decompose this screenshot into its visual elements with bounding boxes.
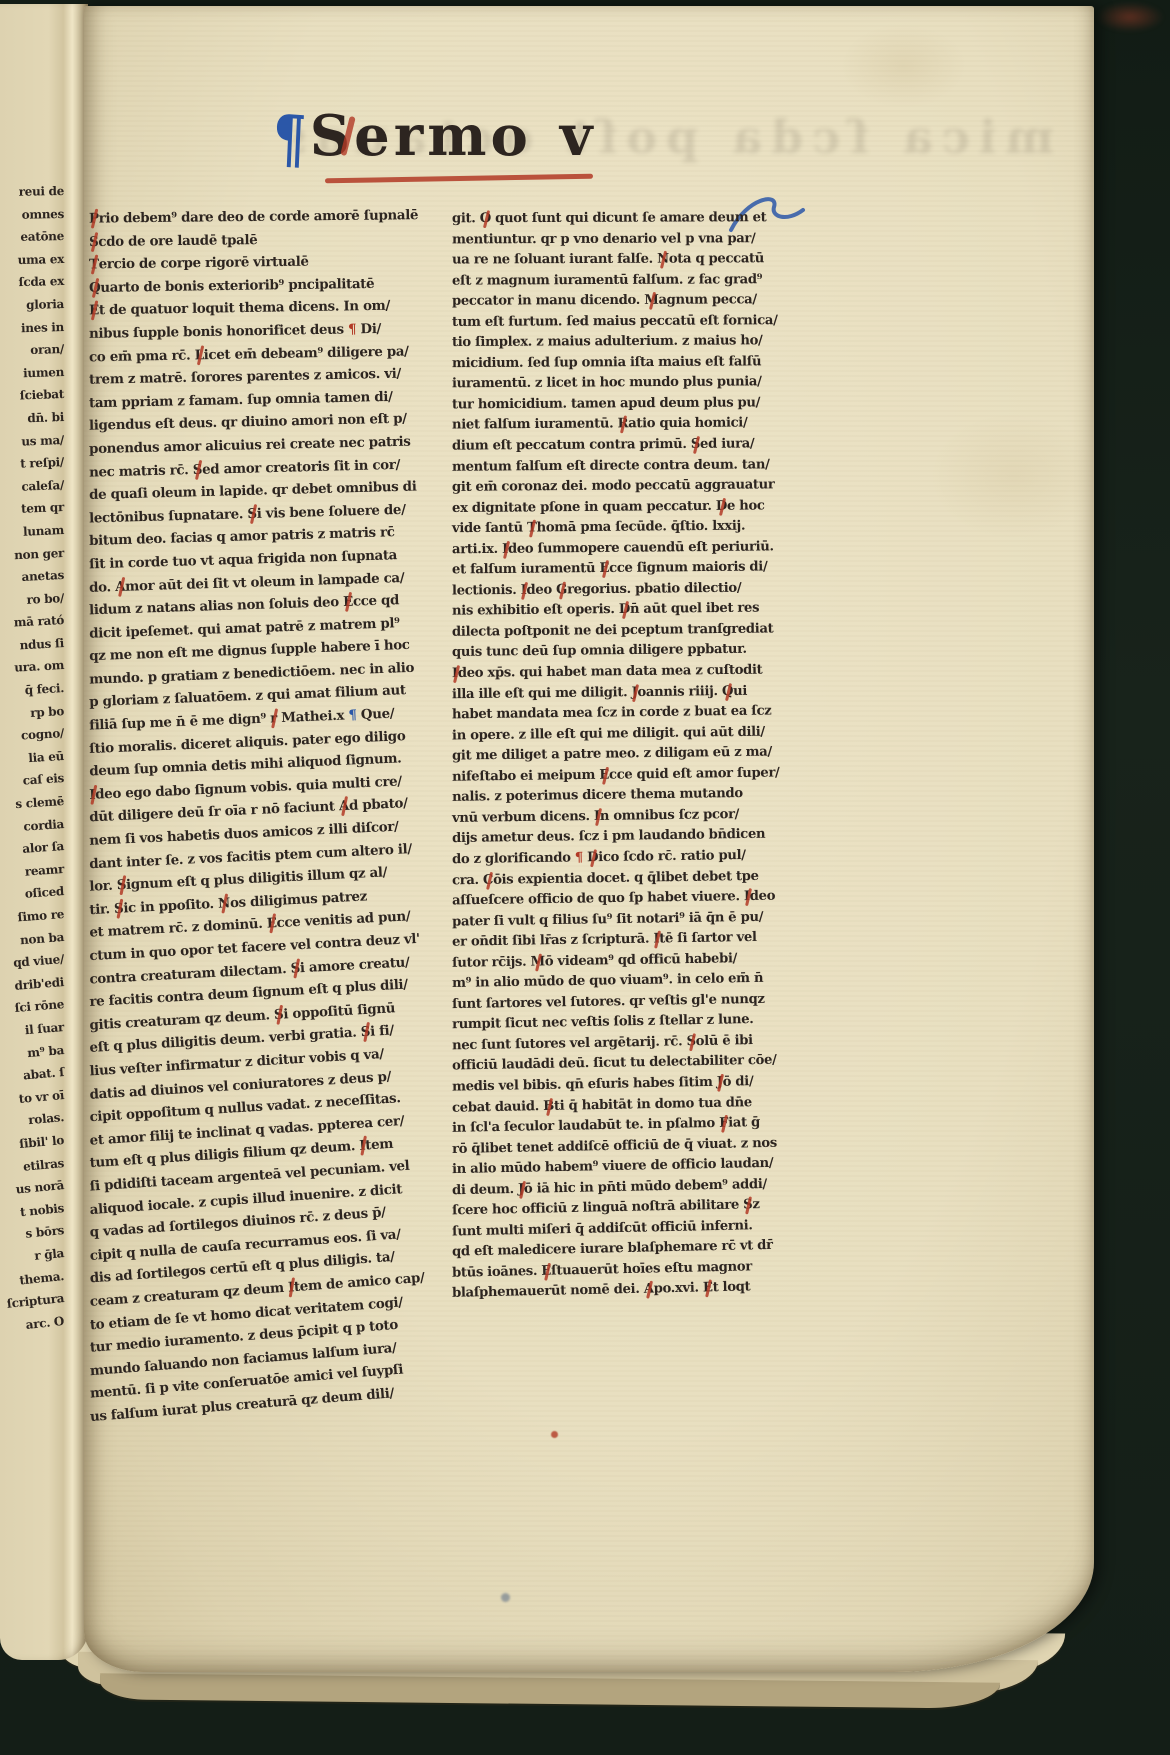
rubricated-capital: r: [270, 707, 278, 730]
fore-edge-line-fragment: t reſpi/: [0, 451, 64, 476]
rubricated-capital: A: [115, 575, 126, 598]
fore-edge-line-fragment: mā rató: [0, 609, 65, 635]
rubricated-capital: D: [587, 848, 598, 869]
rubricated-capital: S: [691, 435, 700, 456]
blue-paragraph-mark-icon: ¶: [348, 707, 357, 723]
rubricated-capital: M: [530, 952, 545, 973]
page-header: ¶Sermov: [269, 102, 592, 186]
fore-edge-line-fragment: ſciebat: [0, 383, 64, 408]
left-column: Prio debem⁹ dare deo de corde amorē ſupn…: [89, 204, 435, 1401]
text-line: peccator in manu dicendo. Magnum pecca/: [452, 290, 816, 312]
rubricated-capital: I: [744, 887, 750, 908]
rubricated-capital: S: [290, 957, 301, 980]
rubricated-capital: I: [653, 930, 659, 951]
text-line: niet falſum iuramentū. Ratio quia homici…: [452, 413, 816, 436]
rubricated-capital: O: [480, 209, 491, 230]
rubricated-capital: E: [703, 1279, 713, 1300]
red-ink-speck: [551, 1431, 558, 1438]
rubricated-capital: I: [594, 807, 600, 828]
rubricated-capital: C: [483, 870, 493, 891]
rubricated-capital: N: [218, 892, 231, 915]
rubricated-capital: A: [338, 795, 349, 818]
fore-edge-line-fragment: q̄ feci.: [0, 677, 65, 703]
book-page: mica ſcda poſt octauas ¶Sermov Prio debe…: [84, 6, 1094, 1672]
text-line: git. O quot ſunt qui dicunt ſe amare deu…: [452, 208, 816, 230]
text-line: tum eſt furtum. ſed maius peccatū eſt fo…: [452, 311, 816, 333]
rubricated-capital: I: [452, 664, 458, 685]
rubricated-capital: S: [193, 458, 203, 481]
fore-edge-line-fragment: tem qr: [0, 496, 64, 521]
rubricated-capital: L: [194, 344, 203, 367]
rubricated-capital: J: [518, 1180, 524, 1201]
fore-edge-line-fragment: lunam: [0, 519, 64, 544]
fore-edge-line-fragment: reui de: [0, 180, 64, 204]
rubricated-capital: I: [359, 1135, 366, 1158]
rubricated-capital: I: [521, 581, 527, 602]
red-paragraph-mark-icon: ¶: [348, 321, 356, 337]
rubricated-capital: J: [717, 1073, 723, 1094]
fore-edge-line-fragment: ines in: [0, 316, 64, 340]
right-column: git. O quot ſunt qui dicunt ſe amare deu…: [452, 208, 816, 1297]
rubricated-capital: I: [502, 540, 508, 561]
fore-edge-line-fragment: gloria: [0, 293, 64, 317]
rubricated-capital: P: [89, 208, 99, 231]
rubricated-capital: R: [617, 415, 628, 436]
text-line: Prio debem⁹ dare deo de corde amorē ſupn…: [89, 204, 435, 230]
rubricated-capital: E: [541, 1262, 551, 1283]
red-paragraph-mark-icon: ¶: [575, 850, 583, 865]
text-line: git em̄ coronaz dei. modo peccatū aggrau…: [452, 475, 816, 498]
rubricated-capital: N: [657, 250, 669, 271]
blue-ink-speck: [501, 1593, 510, 1602]
text-line: mentiuntur. qr p vno denario vel p vna p…: [452, 229, 816, 251]
rubricated-capital: A: [644, 1280, 654, 1301]
blue-paragraph-mark-icon: ¶: [271, 101, 308, 178]
rubricated-capital: S: [686, 1032, 696, 1053]
photograph-of-incunabulum-page: { "header": { "pilcrow": "¶", "title": "…: [0, 0, 1170, 1755]
rubricated-capital: E: [343, 591, 354, 614]
rubricated-capital: G: [556, 580, 567, 601]
rubricated-capital: S: [273, 1003, 284, 1026]
rubricated-capital: Q: [722, 682, 733, 703]
red-corner-stain: [1096, 2, 1164, 32]
fore-edge-line-fragment: uma ex: [0, 248, 64, 272]
text-line: ua re ne ſoluant iurant falſe. Nota q pe…: [452, 249, 816, 271]
text-line: iuramentū. z licet in hoc mundo plus pun…: [452, 372, 816, 395]
rubricated-capital: S: [116, 874, 126, 897]
fore-edge-line-fragment: anetas: [0, 564, 65, 590]
fore-edge-line-fragment: non ger: [0, 542, 65, 567]
fore-edge-line-fragment: dn̄. bi: [0, 406, 64, 431]
sermon-title: Sermo: [310, 103, 532, 169]
rubricated-capital: M: [644, 291, 658, 312]
fore-edge-line-fragment: oran/: [0, 338, 64, 362]
fore-edge-line-fragment: ſcda ex: [0, 270, 64, 294]
rubricated-capital: T: [89, 254, 99, 277]
text-line: eſt z magnum iuramentū falſum. z fac gra…: [452, 270, 816, 292]
fore-edge-line-fragment: iumen: [0, 361, 64, 386]
rubricated-capital: D: [716, 496, 727, 517]
rubricated-capital: B: [543, 1096, 554, 1117]
fore-edge-line-fragment: omnes: [0, 203, 64, 227]
rubricated-capital: D: [619, 600, 630, 621]
rubricated-capital: I: [287, 1276, 295, 1299]
rubricated-capital: S: [89, 231, 99, 254]
rubricated-capital: E: [266, 913, 277, 936]
rubricated-capital: E: [89, 300, 99, 323]
red-title-underline: [325, 174, 593, 184]
fore-edge-fragments: reui deomneseatōneuma exſcda exgloriaine…: [0, 180, 64, 1332]
text-line: dium eſt peccatum contra primū. Sed iura…: [452, 434, 816, 457]
text-line: tio ſimplex. z maius adulterium. z maius…: [452, 331, 816, 354]
rubricated-capital: I: [89, 784, 96, 807]
sermon-number: v: [560, 103, 593, 169]
rubricated-capital: S: [743, 1196, 753, 1217]
rubricated-capital: S: [114, 897, 124, 920]
rubricated-capital: E: [599, 765, 609, 786]
rubricated-capital: F: [719, 1114, 728, 1135]
rubricated-capital: J: [631, 683, 637, 704]
rubricated-capital: T: [527, 519, 537, 540]
previous-leaf-fore-edge: reui deomneseatōneuma exſcda exgloriaine…: [0, 4, 88, 1660]
rubricated-capital: S: [247, 503, 257, 526]
rubricated-capital: E: [599, 559, 609, 580]
rubricated-capital: S: [360, 1021, 371, 1044]
text-line: mentum falſum eſt directe contra deum. t…: [452, 455, 816, 478]
fore-edge-line-fragment: eatōne: [0, 225, 64, 249]
text-line: micidium. ſed ſup omnia iſta maius eſt f…: [452, 352, 816, 375]
fore-edge-line-fragment: caleſa/: [0, 474, 64, 499]
rubricated-capital: Q: [89, 277, 101, 300]
fore-edge-line-fragment: us ma/: [0, 429, 64, 454]
text-line: vide ſantū Thomā pma ſecūde. q̄ſtio. lxx…: [452, 516, 816, 540]
